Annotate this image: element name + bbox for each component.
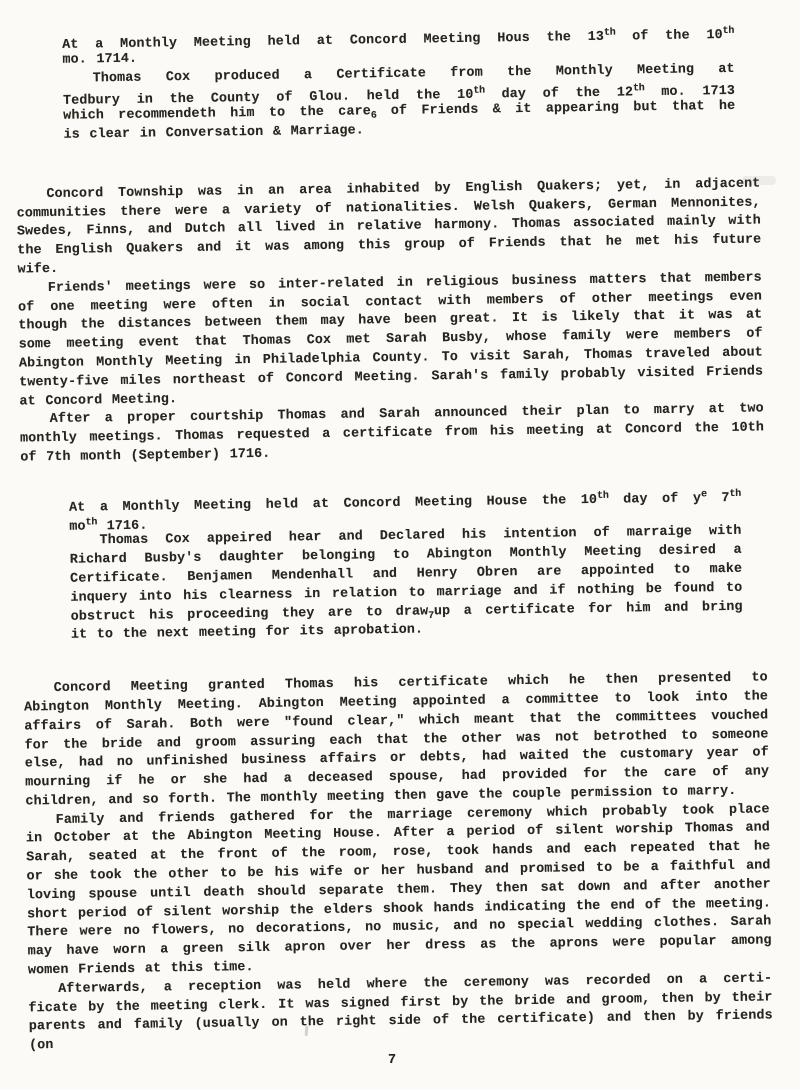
document-page: At a Monthly Meeting held at Concord Mee…: [0, 0, 800, 1090]
scan-artifact: [742, 176, 776, 185]
meeting-minutes-quote-1716: At a Monthly Meeting held at Concord Mee…: [69, 486, 743, 646]
narrative-section-1: Concord Township was in an area inhabite…: [16, 175, 764, 468]
meeting-minutes-quote-1714: At a Monthly Meeting held at Concord Mee…: [62, 23, 736, 146]
scanned-text-area: At a Monthly Meeting held at Concord Mee…: [14, 22, 773, 1037]
scan-artifact: [305, 1026, 309, 1036]
narrative-section-2: Concord Meeting granted Thomas his certi…: [24, 670, 773, 1038]
page-number: 7: [0, 1053, 784, 1068]
